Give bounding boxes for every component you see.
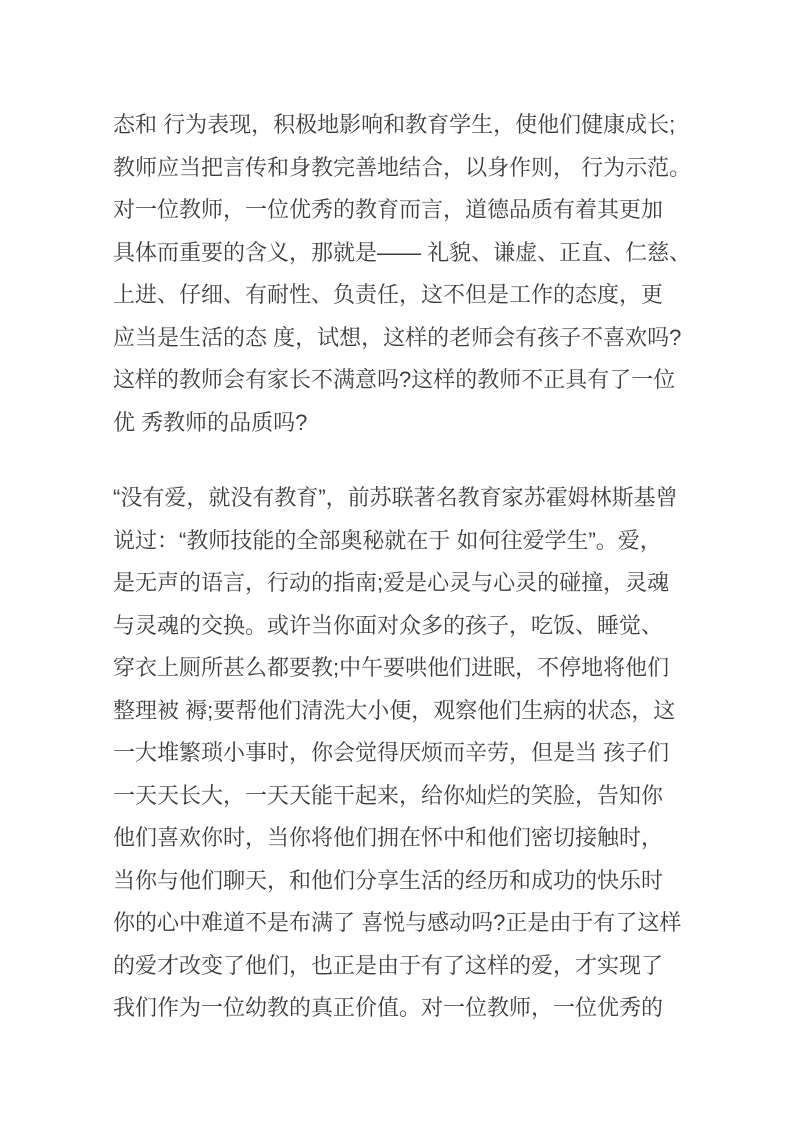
text-line: 我们作为一位幼教的真正价值。对一位教师，一位优秀的 — [113, 987, 685, 1030]
text-line: 他们喜欢你时，当你将他们拥在怀中和他们密切接触时， — [113, 817, 685, 860]
text-line: 与灵魂的交换。或许当你面对众多的孩子，吃饭、睡觉、 — [113, 605, 685, 648]
text-line: 这样的教师会有家长不满意吗?这样的教师不正具有了一位 — [113, 359, 685, 402]
document-page: 态和 行为表现，积极地影响和教育学生，使他们健康成长; 教师应当把言传和身教完善… — [0, 0, 793, 1122]
paragraph-love-and-education: “没有爱，就没有教育”，前苏联著名教育家苏霍姆林斯基曾 说过：“教师技能的全部奥… — [113, 477, 685, 1030]
text-line: “没有爱，就没有教育”，前苏联著名教育家苏霍姆林斯基曾 — [113, 477, 685, 520]
text-line: 当你与他们聊天，和他们分享生活的经历和成功的快乐时 — [113, 860, 685, 903]
text-line: 整理被 褥;要帮他们清洗大小便，观察他们生病的状态，这 — [113, 690, 685, 733]
text-line: 是无声的语言，行动的指南;爱是心灵与心灵的碰撞，灵魂 — [113, 562, 685, 605]
text-line: 教师应当把言传和身教完善地结合，以身作则， 行为示范。 — [113, 147, 685, 190]
text-line: 说过：“教师技能的全部奥秘就在于 如何往爱学生”。爱， — [113, 520, 685, 563]
text-line: 对一位教师，一位优秀的教育而言，道德品质有着其更加 — [113, 189, 685, 232]
text-line: 穿衣上厕所甚么都要教;中午要哄他们进眠，不停地将他们 — [113, 647, 685, 690]
paragraph-teacher-ethics: 态和 行为表现，积极地影响和教育学生，使他们健康成长; 教师应当把言传和身教完善… — [113, 0, 685, 444]
text-line: 优 秀教师的品质吗? — [113, 402, 685, 445]
text-line: 一大堆繁琐小事时，你会觉得厌烦而辛劳，但是当 孩子们 — [113, 732, 685, 775]
text-line: 的爱才改变了他们，也正是由于有了这样的爱，才实现了 — [113, 945, 685, 988]
text-line: 具体而重要的含义，那就是—— 礼貌、谦虚、正直、仁慈、 — [113, 232, 685, 275]
text-line: 应当是生活的态 度，试想，这样的老师会有孩子不喜欢吗? — [113, 317, 685, 360]
text-line: 你的心中难道不是布满了 喜悦与感动吗?正是由于有了这样 — [113, 902, 685, 945]
text-line: 态和 行为表现，积极地影响和教育学生，使他们健康成长; — [113, 104, 685, 147]
text-line: 一天天长大，一天天能干起来，给你灿烂的笑脸，告知你 — [113, 775, 685, 818]
text-line: 上进、仔细、有耐性、负责任，这不但是工作的态度，更 — [113, 274, 685, 317]
